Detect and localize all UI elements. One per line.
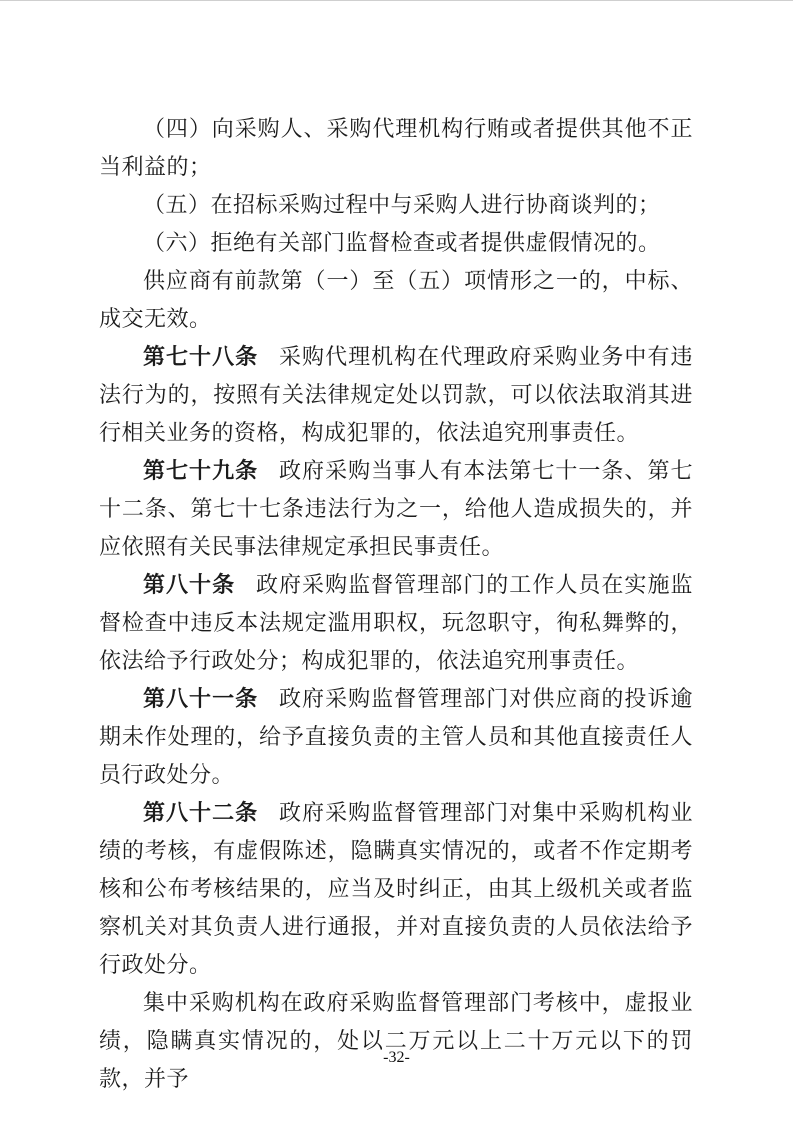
paragraph-text: （四）向采购人、采购代理机构行贿或者提供其他不正当利益的； [99,116,693,179]
article-number: 第八十二条 [143,800,258,825]
document-page: （四）向采购人、采购代理机构行贿或者提供其他不正当利益的；（五）在招标采购过程中… [0,0,793,1123]
paragraph: 集中采购机构在政府采购监督管理部门考核中，虚报业绩，隐瞒真实情况的，处以二万元以… [99,984,693,1098]
paragraph-text: （六）拒绝有关部门监督检查或者提供虚假情况的。 [143,230,661,255]
paragraph: 供应商有前款第（一）至（五）项情形之一的，中标、成交无效。 [99,262,693,338]
paragraph: （六）拒绝有关部门监督检查或者提供虚假情况的。 [99,224,693,262]
paragraph-text: （五）在招标采购过程中与采购人进行协商谈判的； [143,192,661,217]
paragraph-text: 集中采购机构在政府采购监督管理部门考核中，虚报业绩，隐瞒真实情况的，处以二万元以… [99,990,693,1091]
article-number: 第八十一条 [143,686,258,711]
paragraph: （五）在招标采购过程中与采购人进行协商谈判的； [99,186,693,224]
page-number: -32- [0,1047,793,1069]
article-number: 第七十九条 [143,458,258,483]
paragraph-text: 供应商有前款第（一）至（五）项情形之一的，中标、成交无效。 [99,268,693,331]
article-number: 第八十条 [143,572,235,597]
paragraph-text: 政府采购监督管理部门对集中采购机构业绩的考核，有虚假陈述，隐瞒真实情况的，或者不… [99,800,693,977]
article-number: 第七十八条 [143,344,258,369]
article-paragraph: 第八十一条政府采购监督管理部门对供应商的投诉逾期未作处理的，给予直接负责的主管人… [99,680,693,794]
article-paragraph: 第八十条政府采购监督管理部门的工作人员在实施监督检查中违反本法规定滥用职权，玩忽… [99,566,693,680]
article-paragraph: 第七十八条采购代理机构在代理政府采购业务中有违法行为的，按照有关法律规定处以罚款… [99,338,693,452]
article-paragraph: 第八十二条政府采购监督管理部门对集中采购机构业绩的考核，有虚假陈述，隐瞒真实情况… [99,794,693,984]
document-body: （四）向采购人、采购代理机构行贿或者提供其他不正当利益的；（五）在招标采购过程中… [99,110,693,1098]
paragraph: （四）向采购人、采购代理机构行贿或者提供其他不正当利益的； [99,110,693,186]
article-paragraph: 第七十九条政府采购当事人有本法第七十一条、第七十二条、第七十七条违法行为之一，给… [99,452,693,566]
